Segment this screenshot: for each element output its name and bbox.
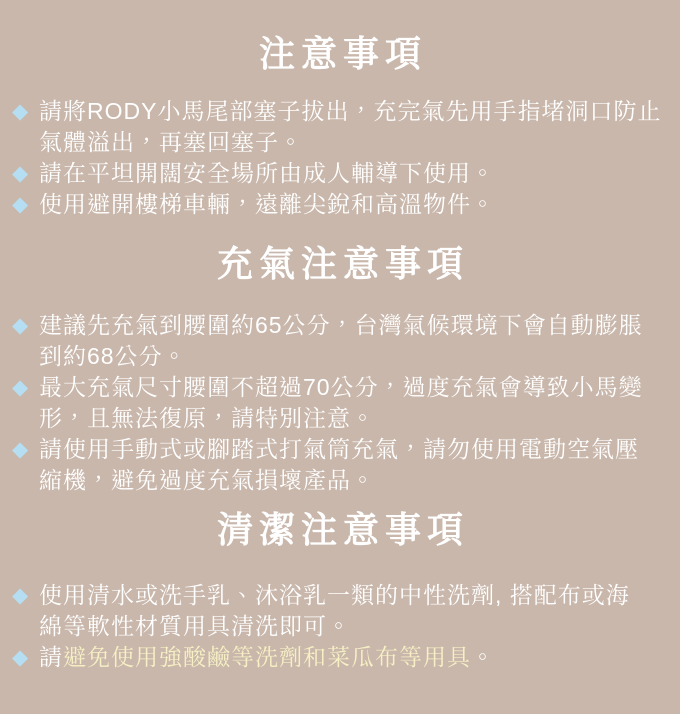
bullet-line: 最大充氣尺寸腰圍不超過70公分，過度充氣會導致小馬變 bbox=[39, 372, 668, 403]
bullet-list-general: ◆ 請將RODY小馬尾部塞子拔出，充完氣先用手指堵洞口防止 氣體溢出，再塞回塞子… bbox=[10, 96, 670, 220]
section-title-cleaning: 清潔注意事項 bbox=[10, 506, 670, 554]
bullet-list-cleaning: ◆ 使用清水或洗手乳、沐浴乳一類的中性洗劑, 搭配布或海 綿等軟性材質用具清洗即… bbox=[10, 580, 670, 673]
bullet-text: 請避免使用強酸鹼等洗劑和菜瓜布等用具。 bbox=[39, 642, 668, 673]
list-item: ◆ 使用清水或洗手乳、沐浴乳一類的中性洗劑, 搭配布或海 綿等軟性材質用具清洗即… bbox=[12, 580, 668, 642]
diamond-bullet-icon: ◆ bbox=[12, 189, 39, 220]
list-item: ◆ 建議先充氣到腰圍約65公分，台灣氣候環境下會自動膨脹 到約68公分。 bbox=[12, 310, 668, 372]
bullet-text: 使用避開樓梯車輛，遠離尖銳和高溫物件。 bbox=[39, 189, 668, 220]
bullet-line: 到約68公分。 bbox=[39, 341, 668, 372]
diamond-bullet-icon: ◆ bbox=[12, 580, 39, 611]
bullet-text: 請在平坦開闊安全場所由成人輔導下使用。 bbox=[39, 158, 668, 189]
warning-prefix-text: 請 bbox=[39, 644, 63, 670]
bullet-list-inflation: ◆ 建議先充氣到腰圍約65公分，台灣氣候環境下會自動膨脹 到約68公分。 ◆ 最… bbox=[10, 310, 670, 496]
bullet-line: 綿等軟性材質用具清洗即可。 bbox=[39, 611, 668, 642]
bullet-line: 縮機，避免過度充氣損壞產品。 bbox=[39, 465, 668, 496]
bullet-line: 請將RODY小馬尾部塞子拔出，充完氣先用手指堵洞口防止 bbox=[39, 96, 668, 127]
bullet-text: 請使用手動式或腳踏式打氣筒充氣，請勿使用電動空氣壓 縮機，避免過度充氣損壞產品。 bbox=[39, 434, 668, 496]
diamond-bullet-icon: ◆ bbox=[12, 434, 39, 465]
diamond-bullet-icon: ◆ bbox=[12, 372, 39, 403]
section-title-inflation: 充氣注意事項 bbox=[10, 240, 670, 288]
diamond-bullet-icon: ◆ bbox=[12, 642, 39, 673]
diamond-bullet-icon: ◆ bbox=[12, 158, 39, 189]
warning-suffix-text: 。 bbox=[471, 644, 495, 670]
bullet-line: 建議先充氣到腰圍約65公分，台灣氣候環境下會自動膨脹 bbox=[39, 310, 668, 341]
list-item: ◆ 最大充氣尺寸腰圍不超過70公分，過度充氣會導致小馬變 形，且無法復原，請特別… bbox=[12, 372, 668, 434]
bullet-text: 使用清水或洗手乳、沐浴乳一類的中性洗劑, 搭配布或海 綿等軟性材質用具清洗即可。 bbox=[39, 580, 668, 642]
bullet-line: 請使用手動式或腳踏式打氣筒充氣，請勿使用電動空氣壓 bbox=[39, 434, 668, 465]
bullet-line: 形，且無法復原，請特別注意。 bbox=[39, 403, 668, 434]
section-title-general: 注意事項 bbox=[10, 30, 670, 78]
warning-highlight-text: 避免使用強酸鹼等洗劑和菜瓜布等用具 bbox=[63, 644, 471, 670]
list-item: ◆ 請避免使用強酸鹼等洗劑和菜瓜布等用具。 bbox=[12, 642, 668, 673]
care-instructions-page: 注意事項 ◆ 請將RODY小馬尾部塞子拔出，充完氣先用手指堵洞口防止 氣體溢出，… bbox=[0, 0, 680, 714]
bullet-line: 請在平坦開闊安全場所由成人輔導下使用。 bbox=[39, 158, 668, 189]
list-item: ◆ 請使用手動式或腳踏式打氣筒充氣，請勿使用電動空氣壓 縮機，避免過度充氣損壞產… bbox=[12, 434, 668, 496]
diamond-bullet-icon: ◆ bbox=[12, 96, 39, 127]
bullet-text: 請將RODY小馬尾部塞子拔出，充完氣先用手指堵洞口防止 氣體溢出，再塞回塞子。 bbox=[39, 96, 668, 158]
bullet-line: 使用避開樓梯車輛，遠離尖銳和高溫物件。 bbox=[39, 189, 668, 220]
list-item: ◆ 請在平坦開闊安全場所由成人輔導下使用。 bbox=[12, 158, 668, 189]
list-item: ◆ 請將RODY小馬尾部塞子拔出，充完氣先用手指堵洞口防止 氣體溢出，再塞回塞子… bbox=[12, 96, 668, 158]
bullet-line: 使用清水或洗手乳、沐浴乳一類的中性洗劑, 搭配布或海 bbox=[39, 580, 668, 611]
bullet-text: 最大充氣尺寸腰圍不超過70公分，過度充氣會導致小馬變 形，且無法復原，請特別注意… bbox=[39, 372, 668, 434]
list-item: ◆ 使用避開樓梯車輛，遠離尖銳和高溫物件。 bbox=[12, 189, 668, 220]
bullet-text: 建議先充氣到腰圍約65公分，台灣氣候環境下會自動膨脹 到約68公分。 bbox=[39, 310, 668, 372]
bullet-line: 氣體溢出，再塞回塞子。 bbox=[39, 127, 668, 158]
bullet-line-warning: 請避免使用強酸鹼等洗劑和菜瓜布等用具。 bbox=[39, 642, 668, 673]
diamond-bullet-icon: ◆ bbox=[12, 310, 39, 341]
